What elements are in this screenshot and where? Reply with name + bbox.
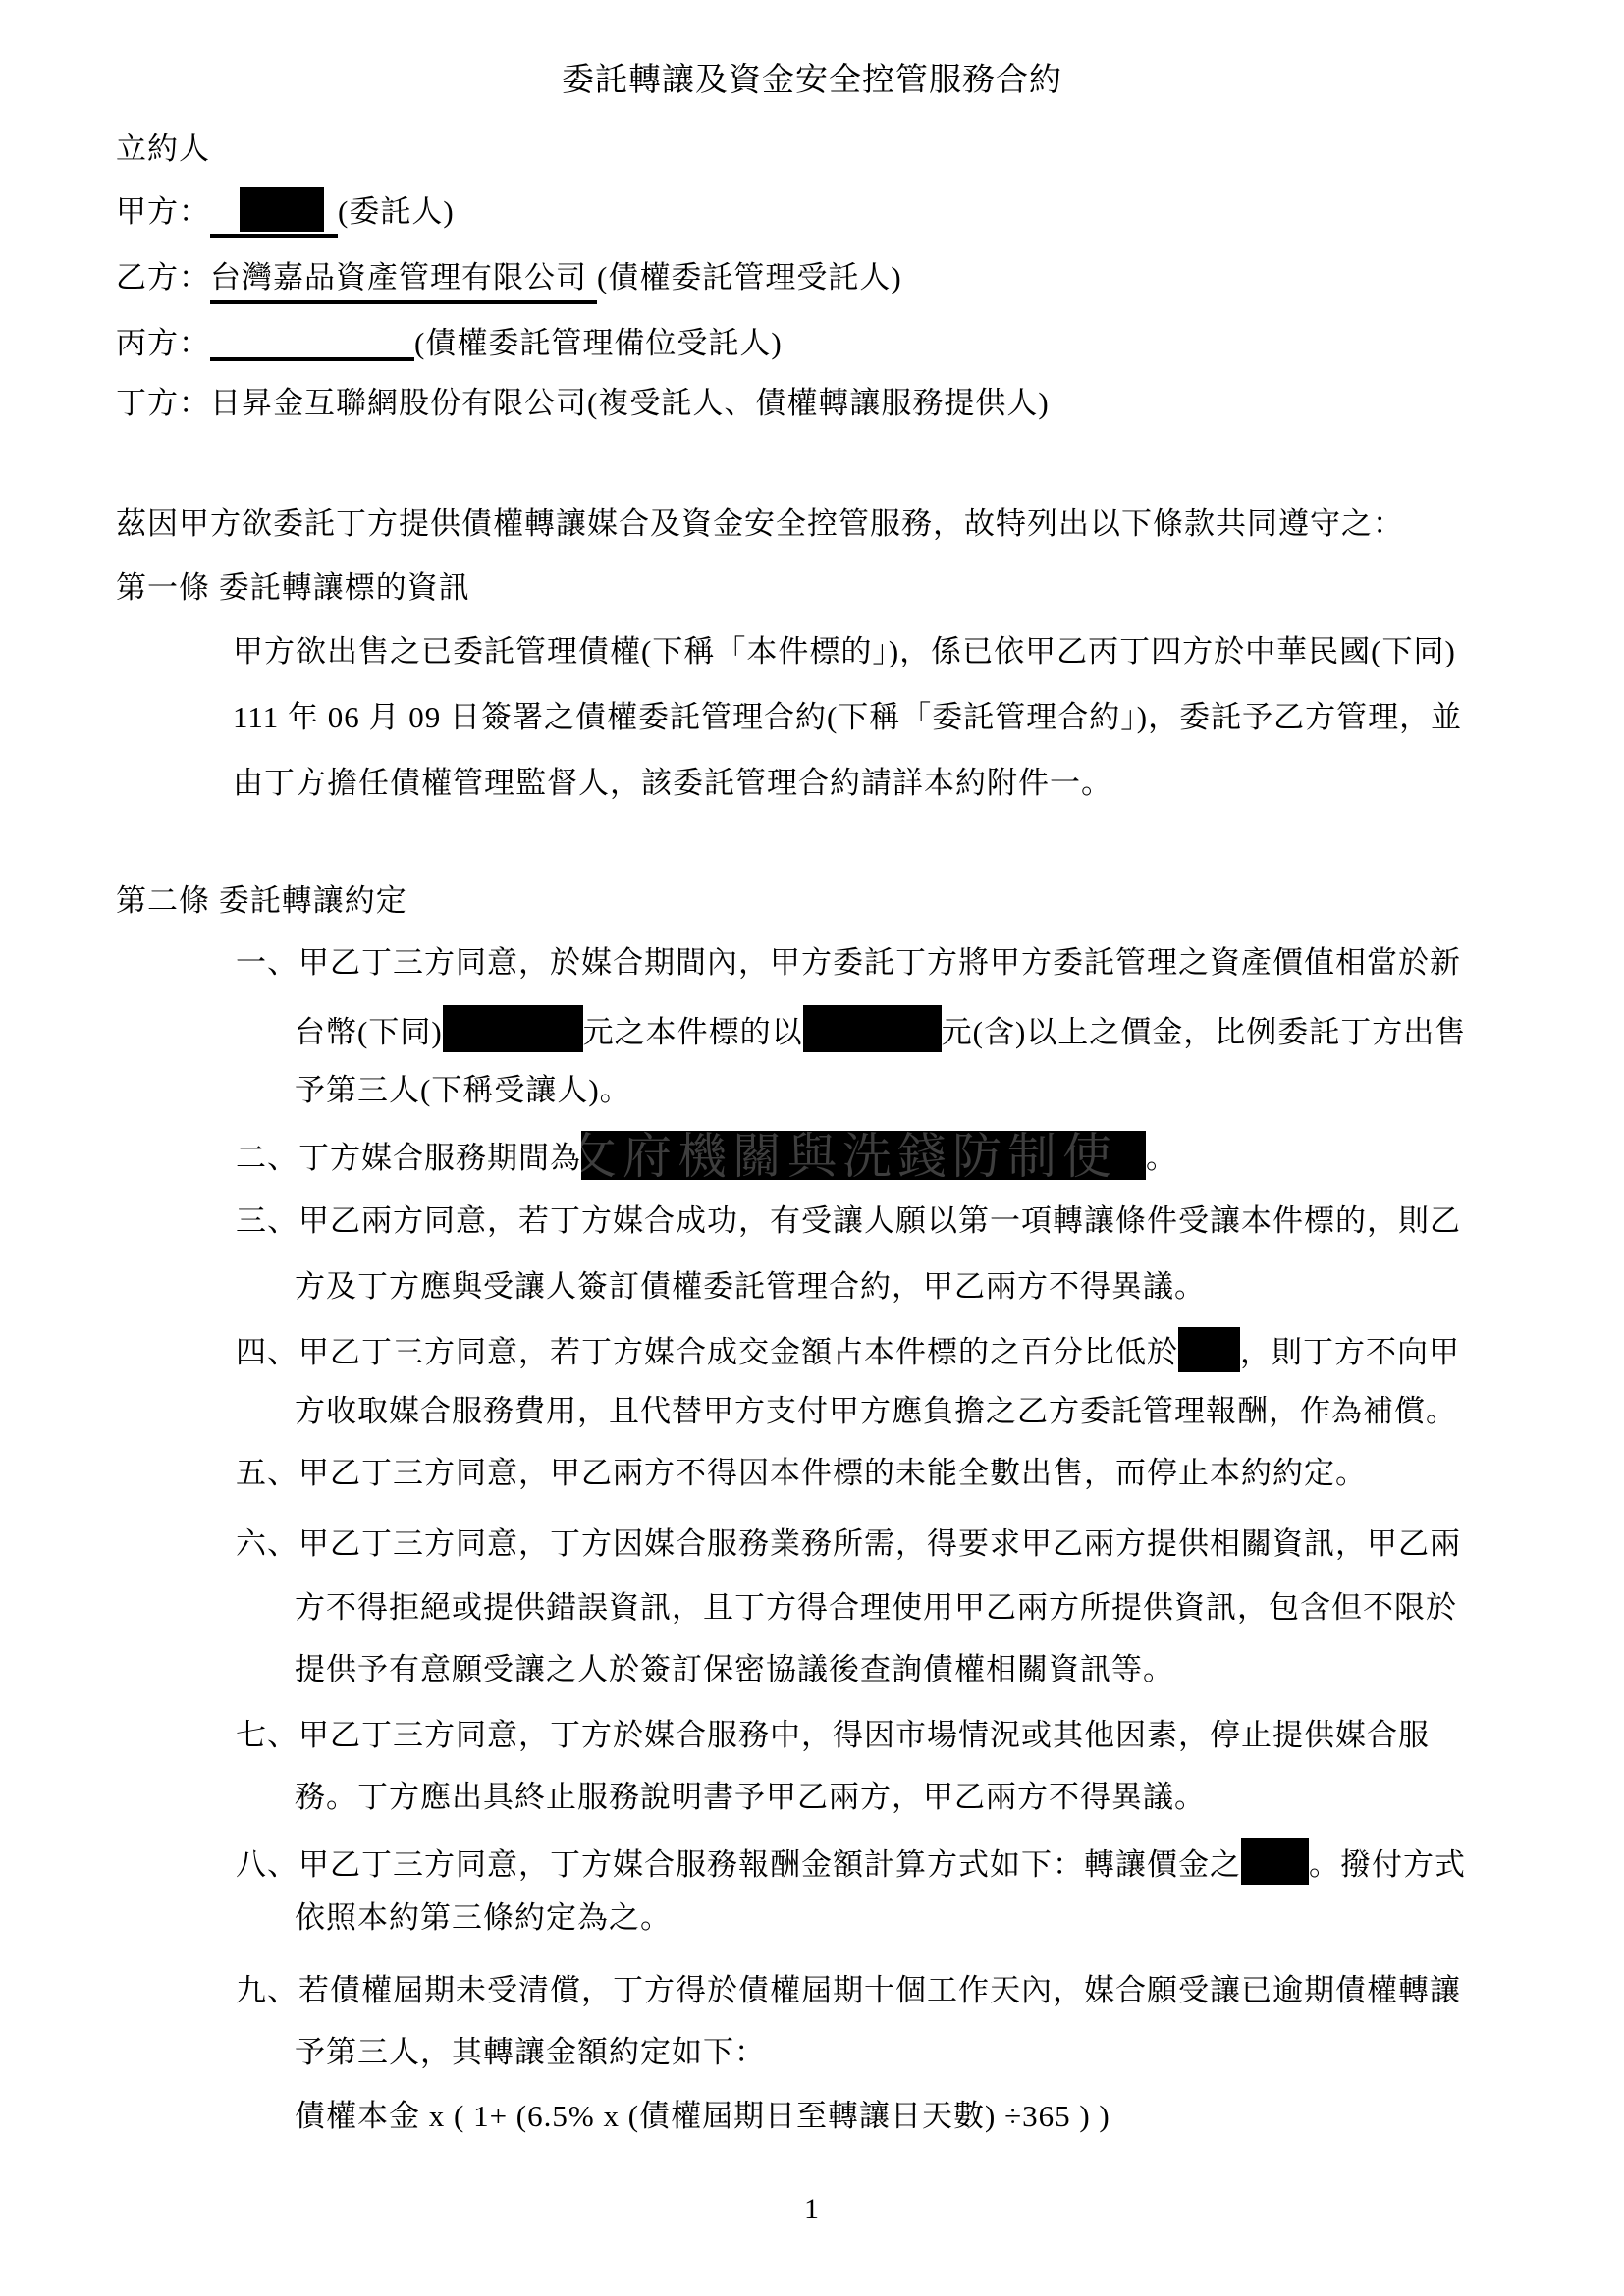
- article2-item1-line1: 一、甲乙丁三方同意，於媒合期間內，甲方委託丁方將甲方委託管理之資產價值相當於新: [236, 944, 1461, 983]
- article2-item9-formula: 債權本金 x ( 1+ (6.5% x (債權屆期日至轉讓日天數) ÷365 )…: [295, 2098, 1110, 2136]
- party-c-role: (債權委託管理備位受託人): [414, 326, 783, 360]
- article2-item4-line1: 四、甲乙丁三方同意，若丁方媒合成交金額占本件標的之百分比低於，則丁方不向甲: [236, 1327, 1460, 1372]
- redaction-box: [1241, 1838, 1309, 1885]
- article2-item5-line: 五、甲乙丁三方同意，甲乙兩方不得因本件標的未能全數出售，而停止本約約定。: [236, 1455, 1367, 1493]
- article2-item8-line2: 依照本約第三條約定為之。: [295, 1899, 672, 1938]
- article2-item9-line2: 予第三人，其轉讓金額約定如下：: [295, 2034, 766, 2072]
- party-c-line: 丙方：(債權委託管理備位受託人): [116, 324, 783, 363]
- article2-item6-line2: 方不得拒絕或提供錯誤資訊，且丁方得合理使用甲乙兩方所提供資訊，包含但不限於: [295, 1589, 1457, 1628]
- party-a-label: 甲方：: [116, 194, 210, 229]
- redaction-box: 攵府機關與洗錢防制使: [581, 1131, 1146, 1180]
- article1-body-line: 由丁方擔任債權管理監督人，該委託管理合約請詳本約附件一。: [233, 765, 1112, 803]
- redaction-box: [1178, 1327, 1240, 1372]
- article2-item4-line2: 方收取媒合服務費用，且代替甲方支付甲方應負擔之乙方委託管理報酬，作為補償。: [295, 1393, 1457, 1431]
- article2-item6-line3: 提供予有意願受讓之人於簽訂保密協議後查詢債權相關資訊等。: [295, 1651, 1174, 1689]
- contract-title: 委託轉讓及資金安全控管服務合約: [0, 61, 1624, 101]
- party-a-role: (委託人): [338, 194, 455, 229]
- article2-item3-line1: 三、甲乙兩方同意，若丁方媒合成功，有受讓人願以第一項轉讓條件受讓本件標的，則乙: [236, 1202, 1461, 1241]
- party-b-name-underlined: 台灣嘉品資產管理有限公司: [210, 259, 597, 304]
- article1-heading: 第一條 委託轉讓標的資訊: [116, 569, 470, 608]
- article2-item7-line2: 務。丁方應出具終止服務說明書予甲乙兩方，甲乙兩方不得異議。: [295, 1779, 1206, 1817]
- redaction-watermark-text: 攵府機關與洗錢防制使: [581, 1131, 1117, 1180]
- article1-body-line: 甲方欲出售之已委託管理債權(下稱「本件標的」)，係已依甲乙丙丁四方於中華民國(下…: [233, 633, 1456, 671]
- article2-item6-line1: 六、甲乙丁三方同意，丁方因媒合服務業務所需，得要求甲乙兩方提供相關資訊，甲乙兩: [236, 1525, 1461, 1564]
- party-b-label: 乙方：: [116, 260, 210, 294]
- party-d-line: 丁方：日昇金互聯網股份有限公司(複受託人、債權轉讓服務提供人): [116, 385, 1050, 423]
- redaction-box: [803, 1005, 942, 1052]
- article2-item7-line1: 七、甲乙丁三方同意，丁方於媒合服務中，得因市場情況或其他因素，停止提供媒合服: [236, 1717, 1430, 1755]
- party-b-role: (債權委託管理受託人): [597, 260, 902, 294]
- party-a-line: 甲方：(委託人): [116, 187, 455, 238]
- article2-item1-line2: 台幣(下同)元之本件標的以元(含)以上之價金，比例委託丁方出售: [295, 1005, 1466, 1052]
- party-d-name: 日昇金互聯網股份有限公司(複受託人、債權轉讓服務提供人): [210, 386, 1050, 420]
- article2-item3-line2: 方及丁方應與受讓人簽訂債權委託管理合約，甲乙兩方不得異議。: [295, 1268, 1206, 1307]
- party-b-line: 乙方：台灣嘉品資產管理有限公司 (債權委託管理受託人): [116, 259, 902, 304]
- article1-body-line: 111 年 06 月 09 日簽署之債權委託管理合約(下稱「委託管理合約」)，委…: [233, 699, 1462, 737]
- article2-item8-line1: 八、甲乙丁三方同意，丁方媒合服務報酬金額計算方式如下：轉讓價金之。撥付方式: [236, 1838, 1466, 1885]
- party-c-blank-underline: [210, 324, 414, 361]
- preamble-text: 茲因甲方欲委託丁方提供債權轉讓媒合及資金安全控管服務，故特列出以下條款共同遵守之…: [116, 506, 1404, 544]
- redaction-box: [443, 1005, 583, 1052]
- redaction-box: [240, 187, 324, 232]
- article2-item2-line: 二、丁方媒合服務期間為攵府機關與洗錢防制使。: [236, 1131, 1177, 1180]
- article2-item9-line1: 九、若債權屆期未受清償，丁方得於債權屆期十個工作天內，媒合願受讓已逾期債權轉讓: [236, 1972, 1461, 2010]
- party-c-label: 丙方：: [116, 326, 210, 360]
- article2-heading: 第二條 委託轉讓約定: [116, 882, 407, 921]
- parties-heading: 立約人: [116, 131, 210, 169]
- party-a-blank-underline: [210, 187, 338, 238]
- page-number: 1: [0, 2191, 1624, 2228]
- article2-item1-line3: 予第三人(下稱受讓人)。: [295, 1072, 631, 1110]
- contract-page: 委託轉讓及資金安全控管服務合約 立約人 甲方：(委託人) 乙方：台灣嘉品資產管理…: [0, 0, 1624, 2296]
- party-d-label: 丁方：: [116, 386, 210, 420]
